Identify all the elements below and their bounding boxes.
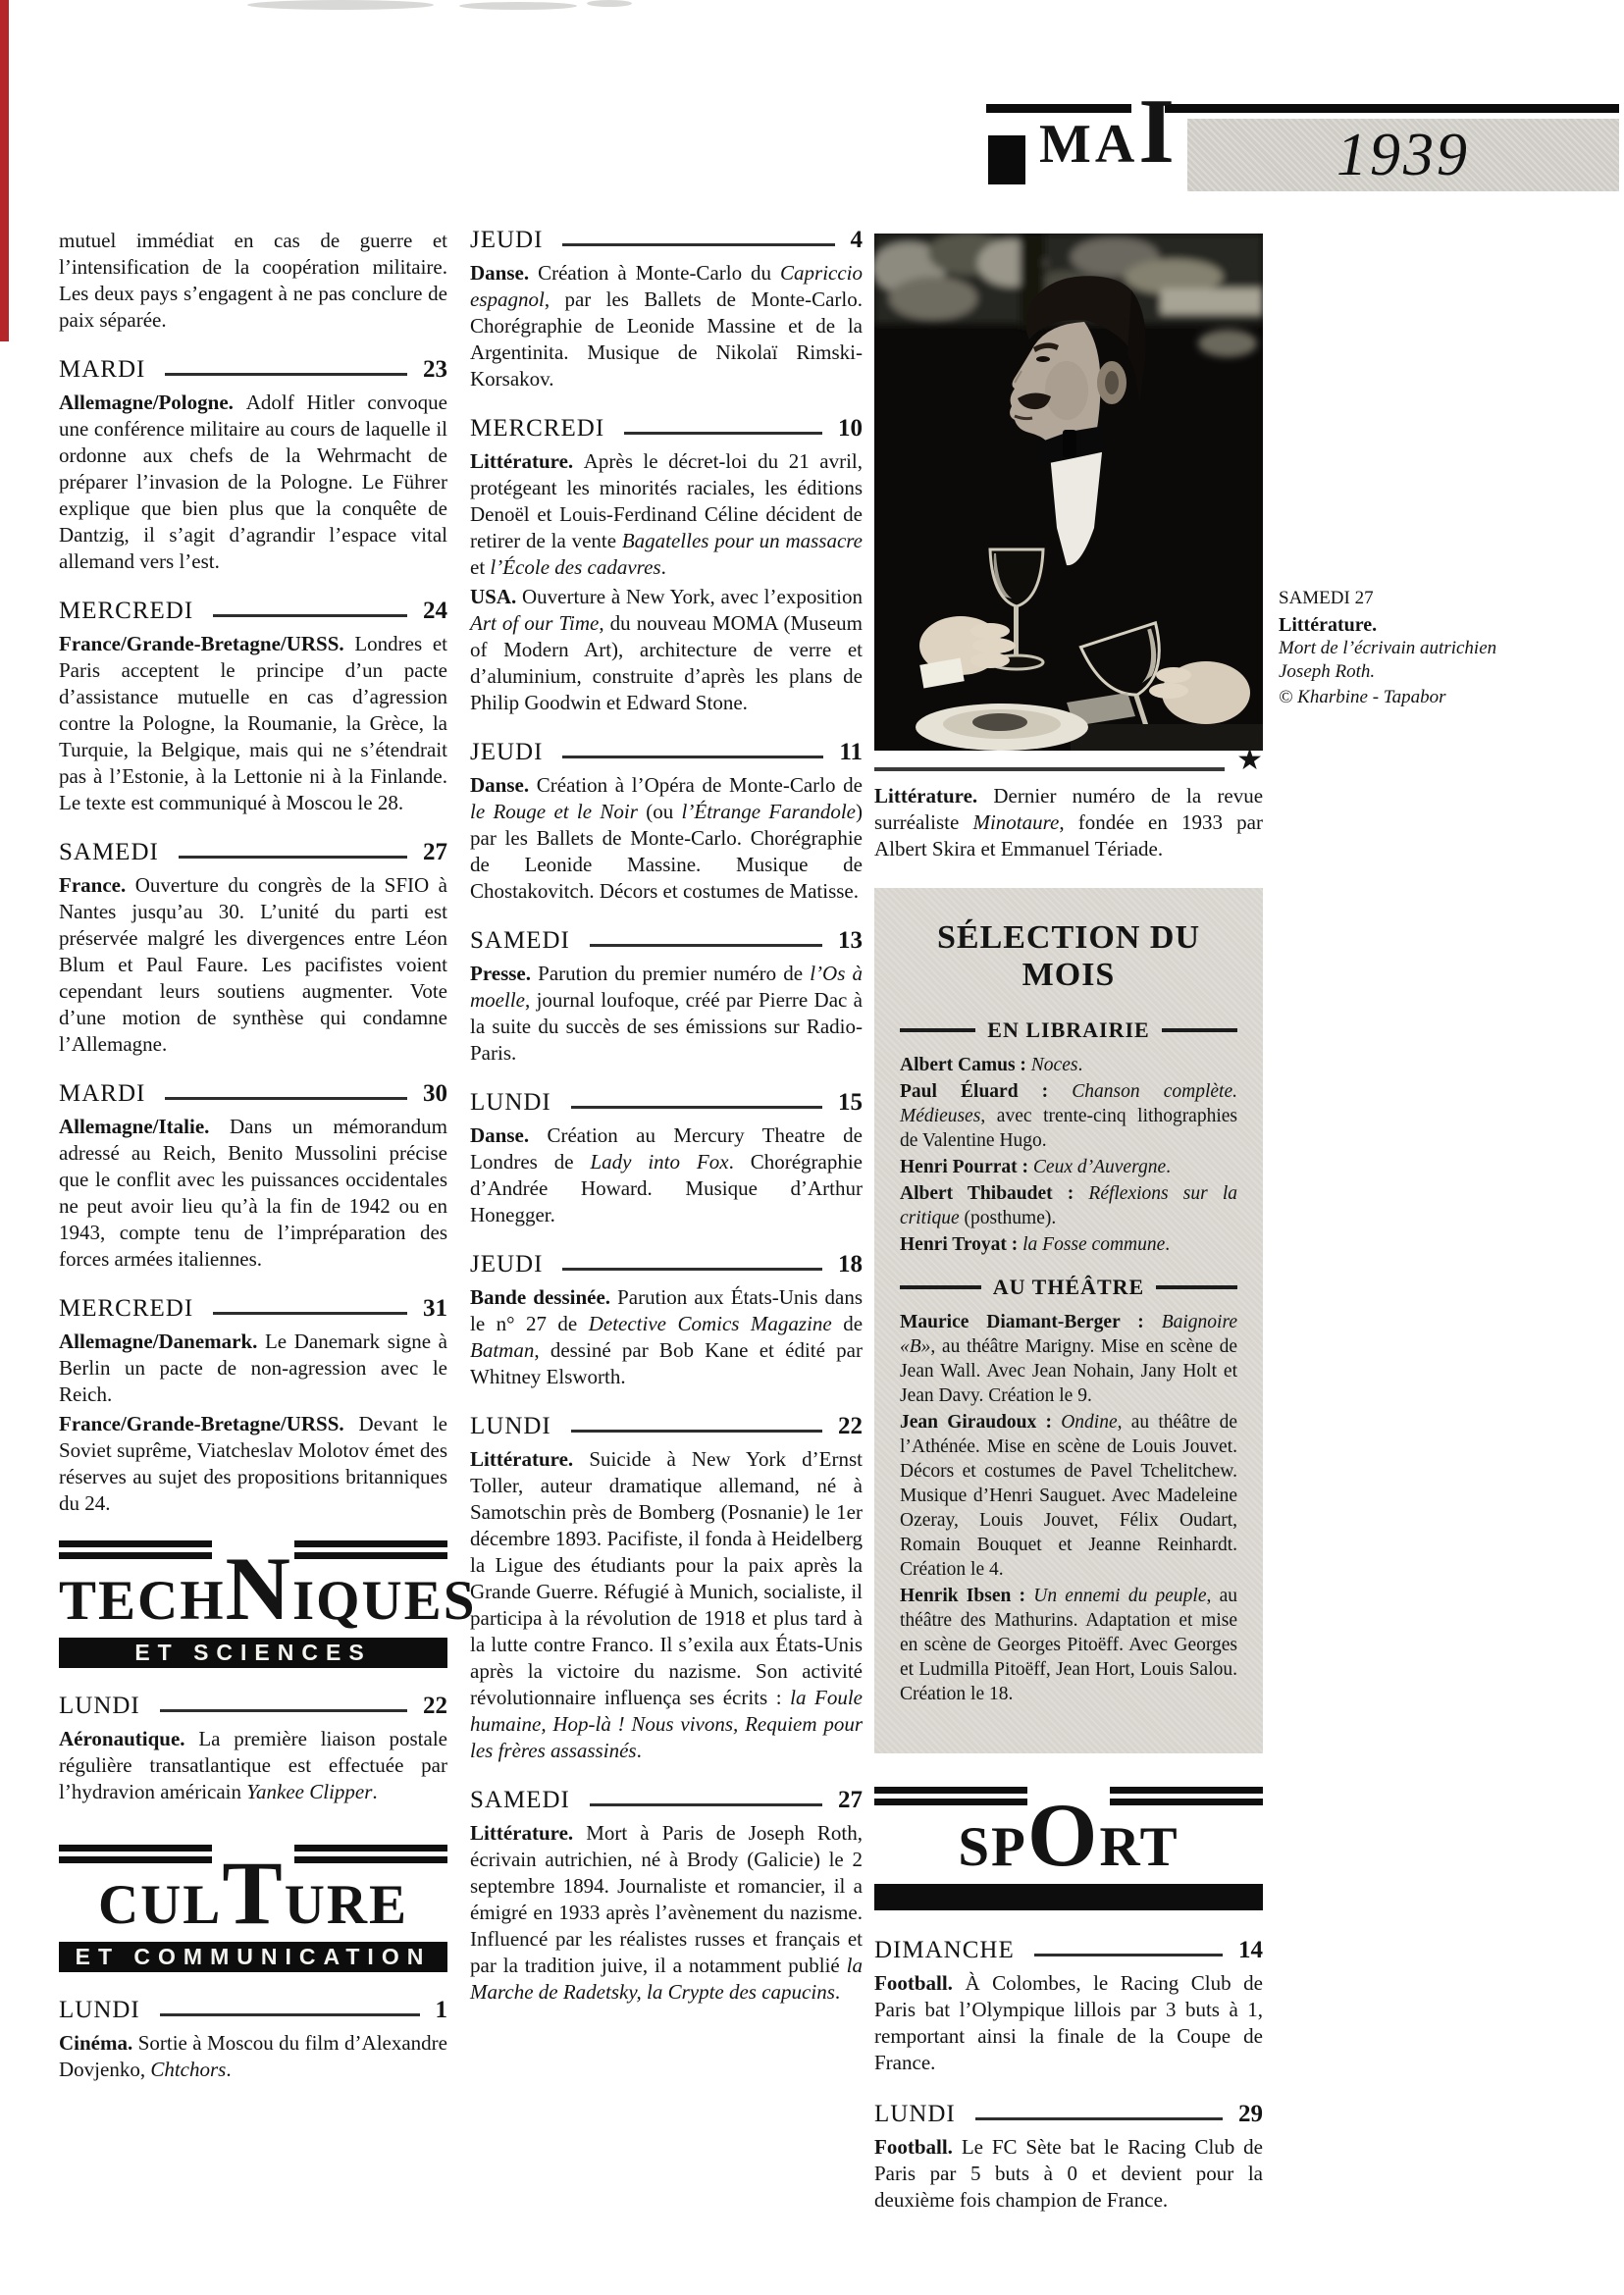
entry-day-row: MARDI 23 [59,357,447,383]
day-rule [975,2117,1223,2120]
day-number: 14 [1238,1938,1263,1963]
sport-entries: DIMANCHE 14 Football. À Colombes, le Rac… [874,1938,1263,2214]
month-title-text: MA [1039,114,1138,175]
masthead-rule-right [1165,104,1619,113]
entry-day-row: SAMEDI 27 [470,1788,863,1813]
selection-item: Maurice Diamant-Berger : Baignoire «B», … [900,1310,1237,1408]
entry-paragraph: Danse. Création à l’Opéra de Monte-Carlo… [470,772,863,905]
entry-day-row: LUNDI 29 [874,2102,1263,2127]
day-rule [562,1268,822,1271]
entry-paragraph: Aéronautique. La première liaison postal… [59,1726,447,1805]
subhead-rule [900,1028,975,1032]
day-number: 15 [838,1090,863,1116]
day-rule [562,756,823,758]
black-square-bullet [988,135,1025,184]
day-number: 27 [838,1788,863,1813]
chronicle-entry: LUNDI 29 Football. Le FC Sète bat le Rac… [874,2102,1263,2214]
day-rule [160,2013,420,2016]
entry-paragraph: France. Ouverture du congrès de la SFIO … [59,872,447,1058]
day-rule [160,1709,407,1712]
day-label: JEUDI [470,1252,543,1278]
day-number: 1 [436,1998,448,2023]
section-title-culture: CULTURE [59,1879,447,1932]
day-rule [562,243,834,246]
entry-paragraph: Bande dessinée. Parution aux États-Unis … [470,1284,863,1390]
day-label: MERCREDI [59,599,193,624]
magazine-chronicle-page: MAI 1939 mutuel immédiat en cas de guerr… [0,0,1624,2295]
star-note-rule-row: ★ [874,760,1263,778]
subhead-rule [900,1285,981,1289]
day-number: 13 [838,928,863,954]
month-title: MAI [1039,113,1175,176]
subhead-en-librairie: EN LIBRAIRIE [900,1017,1237,1043]
entry-paragraph: Littérature. Suicide à New York d’Ernst … [470,1446,863,1764]
entry-paragraph: Littérature. Mort à Paris de Joseph Roth… [470,1820,863,2006]
entry-day-row: MERCREDI 24 [59,599,447,624]
day-number: 11 [839,740,863,765]
entry-paragraph: Football. Le FC Sète bat le Racing Club … [874,2134,1263,2214]
entry-day-row: DIMANCHE 14 [874,1938,1263,1963]
selection-item: Henrik Ibsen : Un ennemi du peuple, au t… [900,1584,1237,1706]
day-label: DIMANCHE [874,1938,1015,1963]
day-rule [590,1803,822,1806]
chronicle-entry: SAMEDI 27 Littérature. Mort à Paris de J… [470,1788,863,2006]
minotaure-note: Littérature. Dernier numéro de la revue … [874,783,1263,862]
day-label: LUNDI [59,1694,140,1719]
day-label: LUNDI [874,2102,956,2127]
day-label: LUNDI [59,1998,140,2023]
day-label: JEUDI [470,228,543,253]
section-title-techniques: TECHNIQUES [59,1575,447,1628]
selection-du-mois-box: SÉLECTION DU MOIS EN LIBRAIRIE Albert Ca… [874,888,1263,1753]
entry-paragraph: Cinéma. Sortie à Moscou du film d’Alexan… [59,2030,447,2083]
caption-rubric: Littérature. [1279,613,1526,637]
chronicle-entry: DIMANCHE 14 Football. À Colombes, le Rac… [874,1938,1263,2076]
entry-day-row: MERCREDI 10 [470,416,863,442]
entry-paragraph: France/Grande-Bretagne/URSS. Devant le S… [59,1411,447,1517]
chronicle-entry: JEUDI 4 Danse. Création à Monte-Carlo du… [470,228,863,392]
day-label: SAMEDI [470,1788,570,1813]
entry-paragraph: Danse. Création à Monte-Carlo du Capricc… [470,260,863,392]
chronicle-entry: LUNDI 22 Littérature. Suicide à New York… [470,1414,863,1764]
chronicle-entry: MERCREDI 24 France/Grande-Bretagne/URSS.… [59,599,447,816]
day-number: 22 [838,1414,863,1439]
selection-item: Albert Camus : Noces. [900,1053,1237,1077]
entry-day-row: JEUDI 11 [470,740,863,765]
day-rule [213,1312,407,1315]
month-title-capital: I [1138,80,1175,183]
day-number: 30 [423,1081,447,1107]
caption-day: SAMEDI 27 [1279,587,1526,610]
entry-paragraph: Football. À Colombes, le Racing Club de … [874,1970,1263,2076]
chronicle-entry: MERCREDI 31 Allemagne/Danemark. Le Danem… [59,1296,447,1517]
right-column: ★ Littérature. Dernier numéro de la revu… [874,234,1263,2239]
section-subtitle-bar: ET COMMUNICATION [59,1942,447,1972]
selection-title: SÉLECTION DU MOIS [900,919,1237,994]
year-label: 1939 [1336,121,1470,190]
culture-section-banner: CULTURE ET COMMUNICATION [59,1845,447,1972]
entry-paragraph: Allemagne/Danemark. Le Danemark signe à … [59,1329,447,1408]
chronicle-entry: LUNDI 15 Danse. Création au Mercury Thea… [470,1090,863,1228]
selection-item: Jean Giraudoux : Ondine, au théâtre de l… [900,1410,1237,1582]
entry-day-row: LUNDI 22 [470,1414,863,1439]
caption-credit: © Kharbine - Tapabor [1279,686,1526,709]
section-title-sport: SPORT [874,1821,1263,1874]
day-number: 22 [423,1694,447,1719]
scan-smudge [587,0,632,7]
chronicle-entry: LUNDI 1 Cinéma. Sortie à Moscou du film … [59,1998,447,2083]
techniques-section-banner: TECHNIQUES ET SCIENCES [59,1540,447,1668]
continued-paragraph: mutuel immédiat en cas de guerre et l’in… [59,228,447,334]
scan-smudge [247,0,434,10]
day-rule [165,373,407,376]
section-solid-bar [874,1884,1263,1910]
day-rule [1034,1954,1223,1956]
day-rule [213,614,407,617]
selection-item: Albert Thibaudet : Réflexions sur la cri… [900,1181,1237,1230]
entry-day-row: JEUDI 4 [470,228,863,253]
subhead-label: AU THÉÂTRE [993,1275,1144,1300]
chronicle-entry: LUNDI 22 Aéronautique. La première liais… [59,1694,447,1805]
selection-item: Henri Pourrat : Ceux d’Auvergne. [900,1155,1237,1179]
section-subtitle-bar: ET SCIENCES [59,1638,447,1668]
day-number: 18 [838,1252,863,1278]
day-number: 23 [423,357,447,383]
star-icon: ★ [1236,752,1263,769]
day-label: LUNDI [470,1414,551,1439]
note-rule [874,767,1225,771]
chronicle-entry: MERCREDI 10 Littérature. Après le décret… [470,416,863,716]
chronicle-entry: SAMEDI 13 Presse. Parution du premier nu… [470,928,863,1067]
entry-paragraph: Allemagne/Italie. Dans un mémorandum adr… [59,1114,447,1273]
chronicle-entry: JEUDI 11 Danse. Création à l’Opéra de Mo… [470,740,863,905]
day-rule [624,432,822,435]
entry-day-row: JEUDI 18 [470,1252,863,1278]
year-box: 1939 [1187,119,1619,191]
entry-day-row: SAMEDI 27 [59,840,447,865]
chronicle-entry: MARDI 30 Allemagne/Italie. Dans un mémor… [59,1081,447,1273]
red-edge-mark [0,0,9,341]
selection-item: Henri Troyat : la Fosse commune. [900,1232,1237,1257]
entry-day-row: SAMEDI 13 [470,928,863,954]
sport-section-banner: SPORT [874,1787,1263,1910]
day-number: 10 [838,416,863,442]
day-number: 4 [851,228,864,253]
scan-smudge [459,2,577,10]
caption-text: Mort de l’écrivain autrichien Joseph Rot… [1279,637,1526,684]
entry-day-row: LUNDI 15 [470,1090,863,1116]
entry-day-row: MERCREDI 31 [59,1296,447,1322]
subhead-rule [1156,1285,1237,1289]
entry-paragraph: Allemagne/Pologne. Adolf Hitler convoque… [59,390,447,575]
entry-day-row: LUNDI 1 [59,1998,447,2023]
photo-caption: SAMEDI 27 Littérature. Mort de l’écrivai… [1279,587,1526,709]
day-rule [590,944,822,947]
day-label: MERCREDI [470,416,604,442]
entry-paragraph: France/Grande-Bretagne/URSS. Londres et … [59,631,447,816]
entry-day-row: LUNDI 22 [59,1694,447,1719]
chronicle-entry: MARDI 23 Allemagne/Pologne. Adolf Hitler… [59,357,447,575]
masthead-rule-left [986,104,1131,113]
day-label: SAMEDI [59,840,159,865]
day-rule [571,1430,822,1433]
day-number: 29 [1238,2102,1263,2127]
entry-paragraph: Presse. Parution du premier numéro de l’… [470,961,863,1067]
day-rule [179,856,407,859]
entry-paragraph: USA. Ouverture à New York, avec l’exposi… [470,584,863,716]
day-number: 27 [423,840,447,865]
day-label: LUNDI [470,1090,551,1116]
masthead: MAI 1939 [986,98,1619,198]
day-rule [571,1106,822,1109]
subhead-rule [1162,1028,1237,1032]
subhead-label: EN LIBRAIRIE [987,1017,1149,1043]
day-rule [165,1097,407,1100]
day-label: MARDI [59,1081,145,1107]
entry-paragraph: Littérature. Après le décret-loi du 21 a… [470,448,863,581]
left-column: mutuel immédiat en cas de guerre et l’in… [59,228,447,2107]
day-label: MARDI [59,357,145,383]
day-label: SAMEDI [470,928,570,954]
day-label: JEUDI [470,740,543,765]
subhead-au-theatre: AU THÉÂTRE [900,1275,1237,1300]
entry-paragraph: Danse. Création au Mercury Theatre de Lo… [470,1122,863,1228]
chronicle-entry: SAMEDI 27 France. Ouverture du congrès d… [59,840,447,1058]
selection-item: Paul Éluard : Chanson complète. Médieuse… [900,1079,1237,1153]
entry-day-row: MARDI 30 [59,1081,447,1107]
chronicle-entry: JEUDI 18 Bande dessinée. Parution aux Ét… [470,1252,863,1390]
day-number: 31 [423,1296,447,1322]
middle-column: JEUDI 4 Danse. Création à Monte-Carlo du… [470,228,863,2029]
day-number: 24 [423,599,447,624]
day-label: MERCREDI [59,1296,193,1322]
joseph-roth-photo [874,234,1263,751]
